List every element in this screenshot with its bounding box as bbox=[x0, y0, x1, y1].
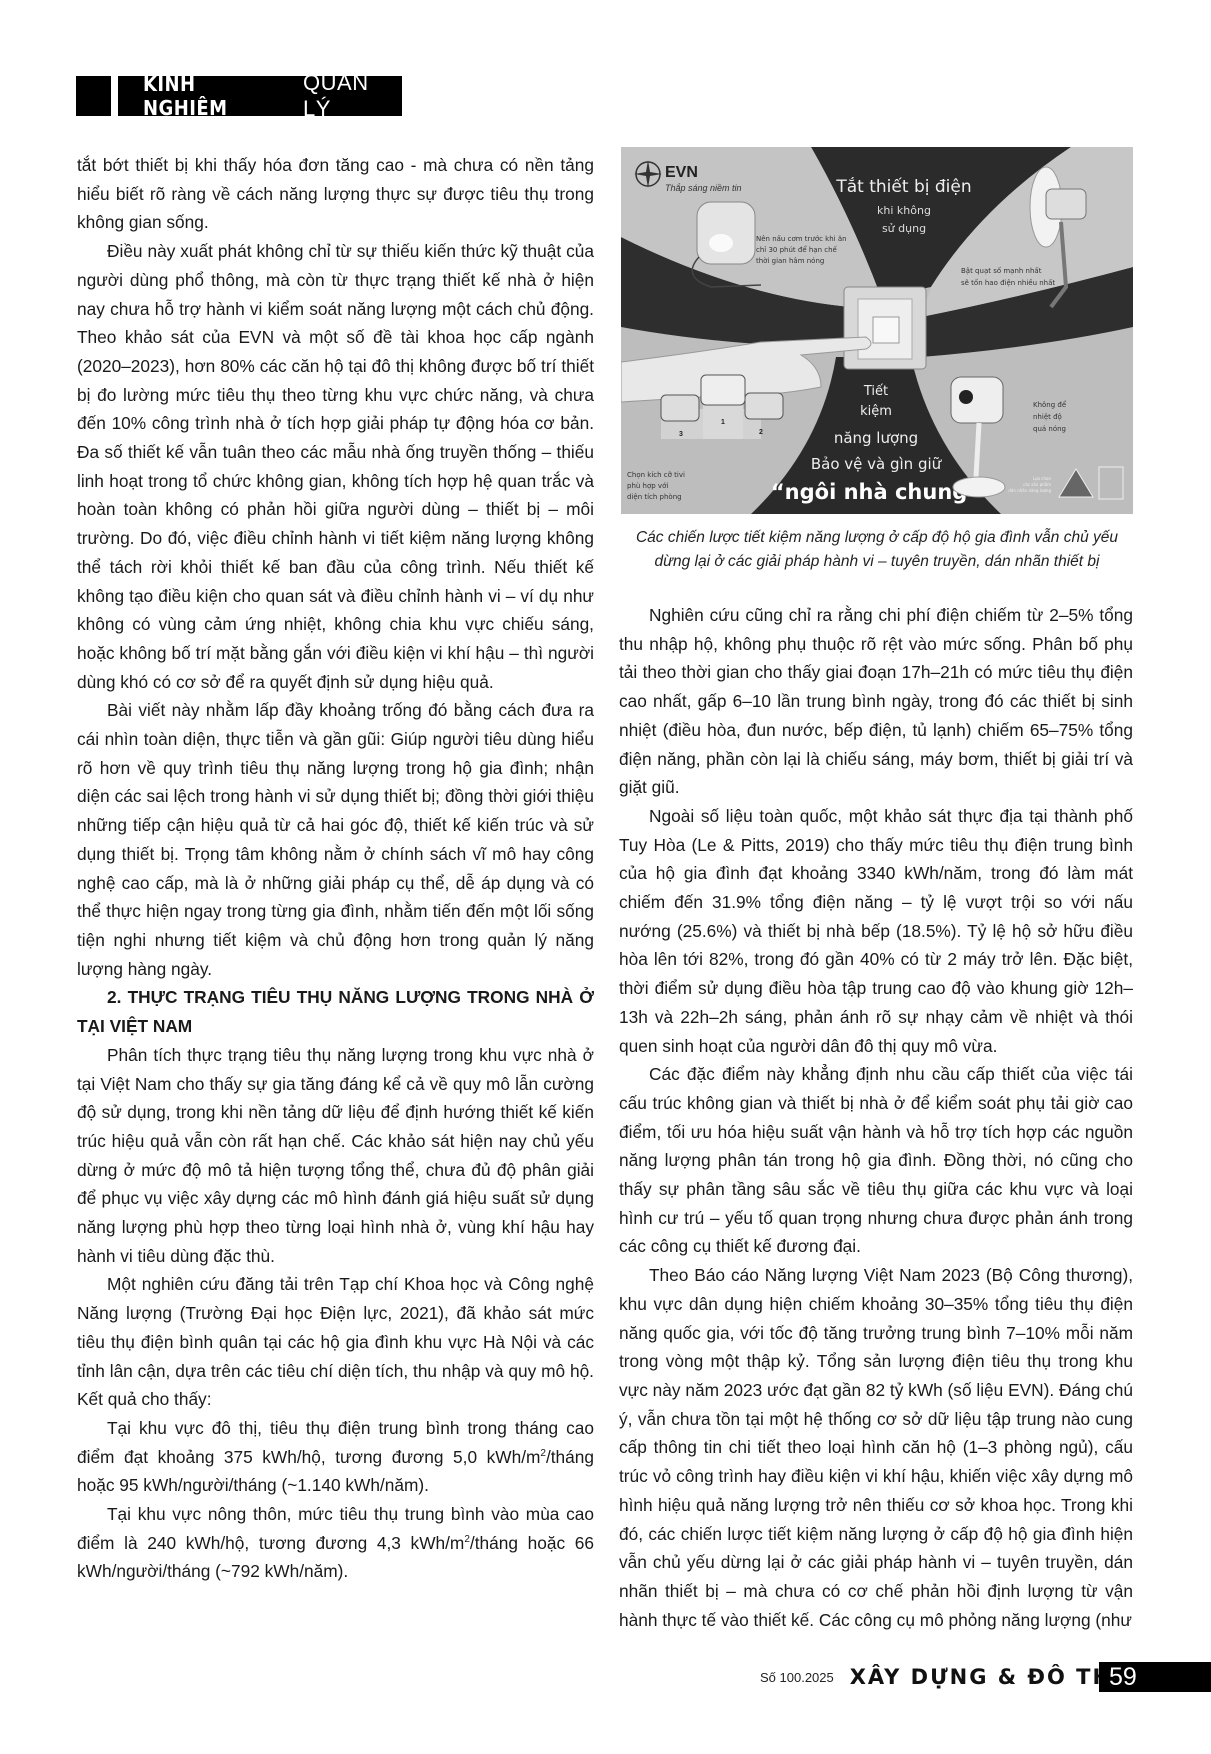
paragraph: Bài viết này nhằm lấp đầy khoảng trống đ… bbox=[77, 696, 594, 983]
svg-text:sử dụng: sử dụng bbox=[882, 222, 926, 235]
paragraph: Phân tích thực trạng tiêu thụ năng lượng… bbox=[77, 1041, 594, 1271]
magazine-brand: XÂY DỰNG & ĐÔ THỊ bbox=[850, 1665, 1122, 1689]
svg-text:nhiệt độ: nhiệt độ bbox=[1033, 413, 1062, 421]
svg-text:1: 1 bbox=[721, 419, 725, 426]
header-marker-block bbox=[76, 76, 111, 116]
svg-text:2: 2 bbox=[759, 429, 763, 436]
svg-text:chỉ 30 phút để hạn chế: chỉ 30 phút để hạn chế bbox=[756, 245, 838, 254]
svg-text:phù hợp với: phù hợp với bbox=[627, 482, 668, 490]
paragraph: Theo Báo cáo Năng lượng Việt Nam 2023 (B… bbox=[619, 1261, 1133, 1634]
svg-text:Tắt thiết bị điện: Tắt thiết bị điện bbox=[835, 176, 971, 197]
paragraph-rural-consumption: Tại khu vực nông thôn, mức tiêu thụ trun… bbox=[77, 1500, 594, 1586]
svg-text:quá nóng: quá nóng bbox=[1033, 425, 1066, 433]
light-switch-icon bbox=[844, 287, 926, 369]
energy-saving-poster: EVN Thắp sáng niềm tin Tắt thiết bị điện… bbox=[621, 147, 1133, 514]
paragraph: Các đặc điểm này khẳng định nhu cầu cấp … bbox=[619, 1060, 1133, 1261]
svg-text:Lựa chọn: Lựa chọn bbox=[1033, 476, 1052, 481]
svg-text:dán nhãn năng lượng: dán nhãn năng lượng bbox=[1008, 488, 1051, 493]
svg-text:kiệm: kiệm bbox=[860, 404, 892, 419]
svg-text:khi không: khi không bbox=[877, 204, 931, 217]
svg-text:Thắp sáng niềm tin: Thắp sáng niềm tin bbox=[665, 183, 742, 193]
section-heading: 2. THỰC TRẠNG TIÊU THỤ NĂNG LƯỢNG TRONG … bbox=[77, 983, 594, 1040]
svg-text:diện tích phòng: diện tích phòng bbox=[627, 493, 682, 501]
paragraph: Nghiên cứu cũng chỉ ra rằng chi phí điện… bbox=[619, 601, 1133, 802]
svg-text:3: 3 bbox=[679, 431, 683, 438]
figure-caption: Các chiến lược tiết kiệm năng lượng ở cấ… bbox=[619, 526, 1135, 574]
section-title-bold: KINH NGHIỆM bbox=[143, 72, 285, 120]
paragraph-urban-consumption: Tại khu vực đô thị, tiêu thụ điện trung … bbox=[77, 1414, 594, 1500]
svg-text:Không để: Không để bbox=[1033, 400, 1067, 409]
left-column: tắt bớt thiết bị khi thấy hóa đơn tăng c… bbox=[77, 151, 594, 1586]
svg-text:EVN: EVN bbox=[665, 164, 698, 181]
section-title-bar: KINH NGHIỆM QUẢN LÝ bbox=[118, 76, 402, 116]
svg-text:thời gian hâm nóng: thời gian hâm nóng bbox=[756, 257, 824, 265]
svg-text:Bảo vệ và gìn giữ: Bảo vệ và gìn giữ bbox=[811, 455, 943, 473]
paragraph: tắt bớt thiết bị khi thấy hóa đơn tăng c… bbox=[77, 151, 594, 237]
svg-text:Nên nấu cơm trước khi ăn: Nên nấu cơm trước khi ăn bbox=[756, 235, 847, 243]
page-number: 59 bbox=[1099, 1662, 1211, 1692]
energy-label-card-icon bbox=[1099, 467, 1123, 499]
paragraph: Điều này xuất phát không chỉ từ sự thiếu… bbox=[77, 237, 594, 696]
section-header: KINH NGHIỆM QUẢN LÝ bbox=[76, 76, 402, 116]
paragraph: Ngoài số liệu toàn quốc, một khảo sát th… bbox=[619, 802, 1133, 1060]
issue-number: Số 100.2025 bbox=[760, 1670, 834, 1685]
page-footer: Số 100.2025 XÂY DỰNG & ĐÔ THỊ bbox=[760, 1662, 1122, 1692]
svg-text:Tiết: Tiết bbox=[863, 384, 888, 399]
svg-text:Bật quạt số mạnh nhất: Bật quạt số mạnh nhất bbox=[961, 267, 1042, 275]
poster-illustration: EVN Thắp sáng niềm tin Tắt thiết bị điện… bbox=[621, 147, 1133, 514]
section-title-light: QUẢN LÝ bbox=[303, 70, 402, 122]
svg-text:năng lượng: năng lượng bbox=[834, 429, 918, 447]
paragraph: Một nghiên cứu đăng tải trên Tạp chí Kho… bbox=[77, 1270, 594, 1414]
right-column: Nghiên cứu cũng chỉ ra rằng chi phí điện… bbox=[619, 601, 1133, 1634]
svg-text:Chọn kích cỡ tivi: Chọn kích cỡ tivi bbox=[627, 471, 685, 479]
svg-text:“ngôi nhà chung”: “ngôi nhà chung” bbox=[771, 480, 981, 504]
svg-text:sẽ tốn hao điện nhiều nhất: sẽ tốn hao điện nhiều nhất bbox=[961, 279, 1055, 287]
svg-text:các sản phẩm: các sản phẩm bbox=[1023, 482, 1051, 487]
